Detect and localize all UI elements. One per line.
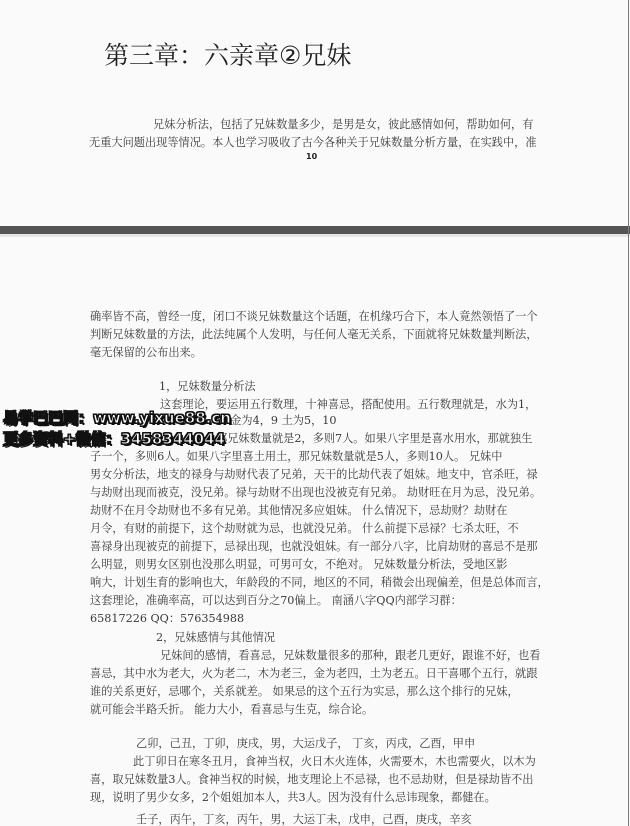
section-heading-1: 1，兄妹数量分析法 [159,380,256,394]
paragraph-line: 无重大问题出现等情况。本人也学习吸收了古今各种关于兄妹数量分析方量，在实践中，准 [89,136,537,150]
paragraph-line: 这套理论，准确率高，可以达到百分之70偏上。 南涵八字QQ内部学习群： [90,594,462,608]
chapter-title: 第三章：六亲章②兄妹 [104,36,351,72]
paragraph-line: 兄妹间的感情，看喜忌，兄妹数量很多的那种，跟老几更好，跟谁不好，也看 [160,649,540,663]
document-page-top [0,0,628,228]
bazi-chart-example-2: 壬子，丙午，丁亥，丙午，男，大运丁未，戊申，己酉，庚戌，辛亥 [136,813,472,826]
bazi-chart-example-1: 乙卯，己丑，丁卯，庚戌，男，大运戊子， 丁亥，丙戌，乙酉，甲申 [136,737,475,751]
paragraph-line: 与劫财出现而被克，没兄弟。禄与劫财不出现也没被克有兄弟。 劫财旺在月为忌，没兄弟… [90,486,541,500]
paragraph-line: 喜忌，其中水为老大，火为老二，木为老三，金为老四，土为老五。日干喜哪个五行，就跟 [90,667,538,681]
paragraph-line: 8. 金为4，9 土为5，10 [216,414,337,428]
paragraph-line: 判断兄妹数量的方法，此法纯属个人发明，与任何人毫无关系，下面就将兄妹数量判断法， [90,328,538,342]
section-heading-2: 2，兄妹感情与其他情况 [156,631,275,645]
paragraph-line: 毫无保留的公布出来。 [90,346,202,360]
paragraph-line: 男女分析法，地支的禄身与劫财代表了兄弟，天干的比劫代表了姐妹。地支中，官杀旺，禄 [90,468,538,482]
paragraph-line: 谁的关系更好，忌哪个，关系就差。 如果忌的这个五行为实忌，那么这个排行的兄妹， [90,685,519,699]
paragraph-line: 就可能会半路夭折。 能力大小，看喜忌与生克，综合论。 [90,703,373,717]
paragraph-line: 兄妹分析法，包括了兄妹数量多少，是男是女，彼此感情如何，帮助如何，有 [153,118,533,132]
paragraph-line: 劫财不在月令劫财也不多有兄弟。其他情况多应姐妹。 什么情况下，忌劫财？劫财在 [90,504,508,518]
watermark-contact: 更多资料+微信：3458344044 [3,428,225,449]
paragraph-line: 那兄妹数量就是2，多则7人。如果八字里是喜水用水，那就独生 [216,432,532,446]
watermark-website: 易学巴巴网：www.yixue88.cn [3,407,231,428]
paragraph-line: 月令，有财的前提下，这个劫财就为忌，也就没兄弟。 什么前提下忌禄？七杀太旺，不 [90,522,519,536]
paragraph-line: 确率皆不高，曾经一度，闭口不谈兄妹数量这个话题，在机缘巧合下，本人竟然领悟了一个 [90,310,538,324]
paragraph-line: 现，说明了男少女多，2个姐姐加本人，共3人。因为没有什么忌讳现象，都健在。 [90,791,496,805]
page-number: 10 [306,152,317,161]
paragraph-line: 响大，计划生育的影响也大，年龄段的不同，地区的不同，稍微会出现偏差，但是总体而言… [90,576,549,590]
paragraph-line: 此丁卯日在寒冬丑月，食神当权，火日木火连体，火需要木，木也需要火，以木为 [133,755,536,769]
paragraph-line: 喜禄身出现被克的前提下，忌禄出现，也就没姐妹。有一部分八字，比肩劫财的喜忌不是那 [90,540,538,554]
page-right-border [628,0,629,826]
paragraph-line: 么明显，则男女区别也没那么明显，可男可女，不绝对。 兄妹数量分析法，受地区影 [90,558,508,572]
page-separator-shadow [0,234,630,237]
contact-line: 65817226 QQ：576354988 [90,612,244,626]
paragraph-line: 喜，取兄妹数量3人。食神当权的时候，地支理论上不忌禄，也不忌劫财，但是禄劫皆不出 [90,773,533,787]
paragraph-line: 子一个，多则6人。如果八字里喜土用土，那兄妹数量就是5人，多则10人。 兄妹中 [90,450,502,464]
page-separator [0,226,630,234]
